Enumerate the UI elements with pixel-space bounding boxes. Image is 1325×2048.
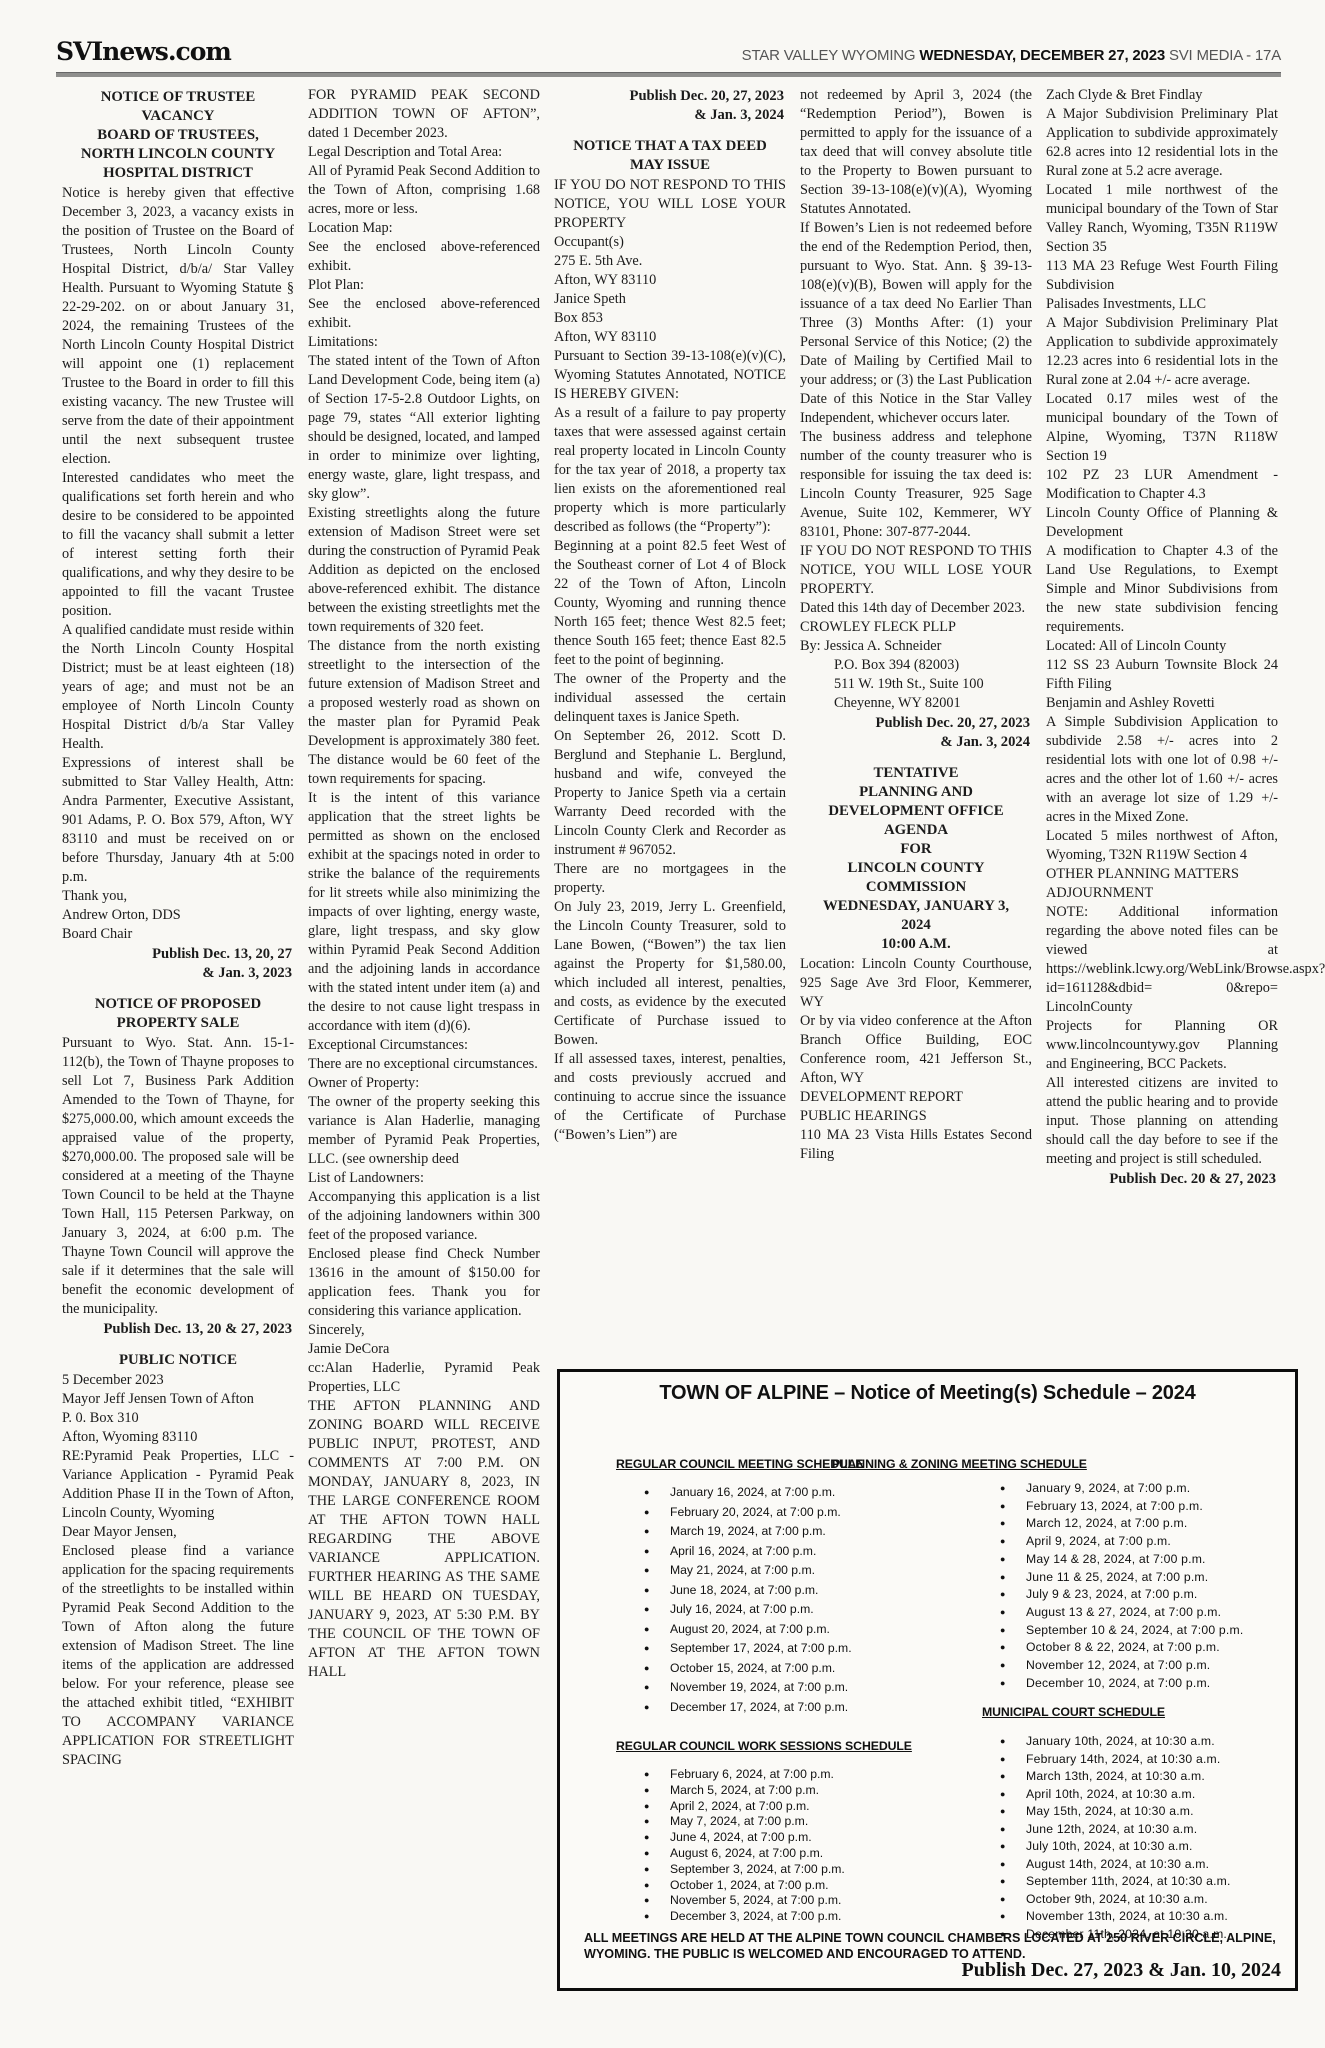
publish-line: Publish Dec. 20 & 27, 2023	[1046, 1170, 1276, 1189]
notice-line: List of Landowners:	[308, 1169, 540, 1188]
notice-paragraph: It is the intent of this variance applic…	[308, 789, 540, 1036]
alpine-box-right-column: PLANNING & ZONING MEETING SCHEDULE Janua…	[832, 1457, 1287, 1943]
notice-paragraph: FOR PYRAMID PEAK SECOND ADDITION TOWN OF…	[308, 86, 540, 143]
notice-paragraph: Located: All of Lincoln County	[1046, 637, 1278, 656]
column-1: NOTICE OF TRUSTEE VACANCY BOARD OF TRUST…	[62, 86, 294, 1770]
meeting-date-item: November 12, 2024, at 7:00 p.m.	[1000, 1657, 1287, 1675]
notice-line: Box 853	[554, 309, 786, 328]
notice-paragraph: Dated this 14th day of December 2023.	[800, 599, 1032, 618]
masthead-pubinfo: STAR VALLEY WYOMING WEDNESDAY, DECEMBER …	[742, 47, 1281, 64]
meeting-date-item: June 11 & 25, 2024, at 7:00 p.m.	[1000, 1569, 1287, 1587]
notice-line: Palisades Investments, LLC	[1046, 295, 1278, 314]
notice-line: Afton, WY 83110	[554, 271, 786, 290]
meeting-date-item: August 13 & 27, 2024, at 7:00 p.m.	[1000, 1604, 1287, 1622]
notice-line: Location Map:	[308, 219, 540, 238]
notice-paragraph: Notice is hereby given that effective De…	[62, 184, 294, 469]
alpine-meeting-notice-box: TOWN OF ALPINE – Notice of Meeting(s) Sc…	[557, 1369, 1298, 1991]
notice-line: Board Chair	[62, 925, 294, 944]
notice-paragraph: Enclosed please find Check Number 13616 …	[308, 1245, 540, 1321]
notice-paragraph: If Bowen’s Lien is not redeemed before t…	[800, 219, 1032, 428]
notice-line: DEVELOPMENT REPORT	[800, 1088, 1032, 1107]
alpine-box-note: ALL MEETINGS ARE HELD AT THE ALPINE TOWN…	[584, 1931, 1279, 1962]
masthead-rule	[56, 72, 1281, 77]
notice-line: Limitations:	[308, 333, 540, 352]
planning-zoning-dates-list: January 9, 2024, at 7:00 p.m.February 13…	[1000, 1480, 1287, 1692]
notice-paragraph: Expressions of interest shall be submitt…	[62, 754, 294, 887]
notice-paragraph: 113 MA 23 Refuge West Fourth Filing Subd…	[1046, 257, 1278, 295]
notice-paragraph: There are no exceptional circumstances.	[308, 1055, 540, 1074]
notice-line: 5 December 2023	[62, 1371, 294, 1390]
notice-line: Zach Clyde & Bret Findlay	[1046, 86, 1278, 105]
notice-paragraph: 112 SS 23 Auburn Townsite Block 24 Fifth…	[1046, 656, 1278, 694]
notice-paragraph: The business address and telephone numbe…	[800, 428, 1032, 542]
notice-line: Andrew Orton, DDS	[62, 906, 294, 925]
masthead-location: STAR VALLEY WYOMING	[742, 47, 920, 64]
meeting-date-item: December 10, 2024, at 7:00 p.m.	[1000, 1675, 1287, 1693]
notice-line-indented: Cheyenne, WY 82001	[834, 694, 1032, 713]
notice-paragraph: The stated intent of the Town of Afton L…	[308, 352, 540, 504]
meeting-date-item: March 12, 2024, at 7:00 p.m.	[1000, 1515, 1287, 1533]
meeting-date-item: April 10th, 2024, at 10:30 a.m.	[1000, 1786, 1287, 1804]
notice-heading: PUBLIC NOTICE	[62, 1351, 294, 1370]
notice-paragraph: Lincoln County Office of Planning & Deve…	[1046, 504, 1278, 542]
notice-paragraph: 102 PZ 23 LUR Amendment - Modification t…	[1046, 466, 1278, 504]
notice-paragraph: There are no mortgagees in the property.	[554, 860, 786, 898]
notice-line: Benjamin and Ashley Rovetti	[1046, 694, 1278, 713]
notice-line: Occupant(s)	[554, 233, 786, 252]
meeting-date-item: August 14th, 2024, at 10:30 a.m.	[1000, 1856, 1287, 1874]
notice-paragraph: not redeemed by April 3, 2024 (the “Rede…	[800, 86, 1032, 219]
notice-paragraph: Enclosed please find a variance applicat…	[62, 1542, 294, 1770]
notice-line: Exceptional Circumstances:	[308, 1036, 540, 1055]
publish-line: Publish Dec. 13, 20, 27 & Jan. 3, 2023	[62, 945, 292, 983]
notice-paragraph: A modification to Chapter 4.3 of the Lan…	[1046, 542, 1278, 637]
publish-line: Publish Dec. 20, 27, 2023 & Jan. 3, 2024	[800, 714, 1030, 752]
notice-paragraph: Projects for Planning OR www.lincolncoun…	[1046, 1017, 1278, 1074]
meeting-date-item: May 14 & 28, 2024, at 7:00 p.m.	[1000, 1551, 1287, 1569]
meeting-date-item: April 9, 2024, at 7:00 p.m.	[1000, 1533, 1287, 1551]
notice-paragraph: Existing streetlights along the future e…	[308, 504, 540, 637]
meeting-date-item: February 14th, 2024, at 10:30 a.m.	[1000, 1751, 1287, 1769]
notice-paragraph: IF YOU DO NOT RESPOND TO THIS NOTICE, YO…	[554, 176, 786, 233]
masthead-logo: SVInews.com	[56, 37, 231, 66]
meeting-date-item: September 11th, 2024, at 10:30 a.m.	[1000, 1873, 1287, 1891]
notice-paragraph: Or by via video conference at the Afton …	[800, 1012, 1032, 1088]
meeting-date-item: November 13th, 2024, at 10:30 a.m.	[1000, 1908, 1287, 1926]
notice-heading: NOTICE OF TRUSTEE VACANCY BOARD OF TRUST…	[62, 88, 294, 183]
notice-paragraph: NOTE: Additional information regarding t…	[1046, 903, 1278, 1017]
notice-paragraph: Beginning at a point 82.5 feet West of t…	[554, 537, 786, 670]
notice-paragraph: Located 1 mile northwest of the municipa…	[1046, 181, 1278, 257]
meeting-date-item: February 13, 2024, at 7:00 p.m.	[1000, 1498, 1287, 1516]
meeting-date-item: January 9, 2024, at 7:00 p.m.	[1000, 1480, 1287, 1498]
notice-paragraph: On September 26, 2012. Scott D. Berglund…	[554, 727, 786, 860]
notice-paragraph: IF YOU DO NOT RESPOND TO THIS NOTICE, YO…	[800, 542, 1032, 599]
publish-line: Publish Dec. 13, 20 & 27, 2023	[62, 1320, 292, 1339]
notice-paragraph: Located 5 miles northwest of Afton, Wyom…	[1046, 827, 1278, 865]
notice-line: Dear Mayor Jensen,	[62, 1523, 294, 1542]
notice-paragraph: A Major Subdivision Preliminary Plat App…	[1046, 314, 1278, 390]
notice-line: Mayor Jeff Jensen Town of Afton	[62, 1390, 294, 1409]
notice-heading: TENTATIVE PLANNING AND DEVELOPMENT OFFIC…	[800, 764, 1032, 954]
notice-paragraph: The owner of the Property and the indivi…	[554, 670, 786, 727]
notice-paragraph: A qualified candidate must reside within…	[62, 621, 294, 754]
meeting-date-item: June 12th, 2024, at 10:30 a.m.	[1000, 1821, 1287, 1839]
notice-line: 275 E. 5th Ave.	[554, 252, 786, 271]
notice-paragraph: As a result of a failure to pay property…	[554, 404, 786, 537]
notice-paragraph: Pursuant to Wyo. Stat. Ann. 15-1-112(b),…	[62, 1034, 294, 1319]
meeting-date-item: October 9th, 2024, at 10:30 a.m.	[1000, 1891, 1287, 1909]
meeting-date-item: March 13th, 2024, at 10:30 a.m.	[1000, 1768, 1287, 1786]
column-2: FOR PYRAMID PEAK SECOND ADDITION TOWN OF…	[308, 86, 540, 1682]
notice-line: Sincerely,	[308, 1321, 540, 1340]
notice-line-indented: 511 W. 19th St., Suite 100	[834, 675, 1032, 694]
column-3: Publish Dec. 20, 27, 2023 & Jan. 3, 2024…	[554, 86, 786, 1145]
notice-paragraph: Accompanying this application is a list …	[308, 1188, 540, 1245]
notice-line: Jamie DeCora	[308, 1340, 540, 1359]
notice-paragraph: Located 0.17 miles west of the municipal…	[1046, 390, 1278, 466]
alpine-box-publish-line: Publish Dec. 27, 2023 & Jan. 10, 2024	[962, 1959, 1281, 1982]
municipal-court-dates-list: January 10th, 2024, at 10:30 a.m.Februar…	[1000, 1733, 1287, 1943]
notice-line: CROWLEY FLECK PLLP	[800, 618, 1032, 637]
masthead-date: WEDNESDAY, DECEMBER 27, 2023	[919, 47, 1165, 64]
notice-heading: NOTICE THAT A TAX DEED MAY ISSUE	[554, 137, 786, 175]
planning-zoning-schedule-header: PLANNING & ZONING MEETING SCHEDULE	[832, 1457, 1287, 1471]
notice-line: Afton, WY 83110	[554, 328, 786, 347]
notice-paragraph: A Simple Subdivision Application to subd…	[1046, 713, 1278, 827]
meeting-date-item: July 9 & 23, 2024, at 7:00 p.m.	[1000, 1586, 1287, 1604]
notice-paragraph: A Major Subdivision Preliminary Plat App…	[1046, 105, 1278, 181]
masthead: SVInews.com STAR VALLEY WYOMING WEDNESDA…	[56, 38, 1281, 68]
notice-heading: NOTICE OF PROPOSED PROPERTY SALE	[62, 995, 294, 1033]
notice-paragraph: RE:Pyramid Peak Properties, LLC - Varian…	[62, 1447, 294, 1523]
masthead-page-number: SVI MEDIA - 17A	[1165, 47, 1281, 64]
notice-line: PUBLIC HEARINGS	[800, 1107, 1032, 1126]
column-4: not redeemed by April 3, 2024 (the “Rede…	[800, 86, 1032, 1164]
notice-line: Owner of Property:	[308, 1074, 540, 1093]
notice-paragraph: See the enclosed above-referenced exhibi…	[308, 238, 540, 276]
notice-paragraph: All interested citizens are invited to a…	[1046, 1074, 1278, 1169]
notice-line: Janice Speth	[554, 290, 786, 309]
notice-line: Legal Description and Total Area:	[308, 143, 540, 162]
meeting-date-item: July 10th, 2024, at 10:30 a.m.	[1000, 1838, 1287, 1856]
notice-paragraph: cc:Alan Haderlie, Pyramid Peak Propertie…	[308, 1359, 540, 1397]
meeting-date-item: October 8 & 22, 2024, at 7:00 p.m.	[1000, 1639, 1287, 1657]
municipal-court-schedule-header: MUNICIPAL COURT SCHEDULE	[982, 1705, 1287, 1719]
notice-line-indented: P.O. Box 394 (82003)	[834, 656, 1032, 675]
notice-paragraph: Interested candidates who meet the quali…	[62, 469, 294, 621]
notice-paragraph: The owner of the property seeking this v…	[308, 1093, 540, 1169]
meeting-date-item: September 10 & 24, 2024, at 7:00 p.m.	[1000, 1622, 1287, 1640]
notice-line: ADJOURNMENT	[1046, 884, 1278, 903]
notice-line: Plot Plan:	[308, 276, 540, 295]
alpine-box-title: TOWN OF ALPINE – Notice of Meeting(s) Sc…	[560, 1382, 1295, 1405]
meeting-date-item: May 15th, 2024, at 10:30 a.m.	[1000, 1803, 1287, 1821]
column-5: Zach Clyde & Bret FindlayA Major Subdivi…	[1046, 86, 1278, 1199]
notice-line: By: Jessica A. Schneider	[800, 637, 1032, 656]
notice-paragraph: See the enclosed above-referenced exhibi…	[308, 295, 540, 333]
notice-line: Thank you,	[62, 887, 294, 906]
meeting-date-item: January 10th, 2024, at 10:30 a.m.	[1000, 1733, 1287, 1751]
notice-paragraph: If all assessed taxes, interest, penalti…	[554, 1050, 786, 1145]
publish-line: Publish Dec. 20, 27, 2023 & Jan. 3, 2024	[554, 87, 784, 125]
notice-paragraph: All of Pyramid Peak Second Addition to t…	[308, 162, 540, 219]
notice-line: OTHER PLANNING MATTERS	[1046, 865, 1278, 884]
notice-paragraph: THE AFTON PLANNING AND ZONING BOARD WILL…	[308, 1397, 540, 1682]
notice-line: Afton, Wyoming 83110	[62, 1428, 294, 1447]
notice-paragraph: On July 23, 2019, Jerry L. Greenfield, t…	[554, 898, 786, 1050]
notice-paragraph: 110 MA 23 Vista Hills Estates Second Fil…	[800, 1126, 1032, 1164]
notice-paragraph: Location: Lincoln County Courthouse, 925…	[800, 955, 1032, 1012]
notice-paragraph: The distance from the north existing str…	[308, 637, 540, 789]
newspaper-page: SVInews.com STAR VALLEY WYOMING WEDNESDA…	[0, 0, 1325, 2048]
notice-paragraph: Pursuant to Section 39-13-108(e)(v)(C), …	[554, 347, 786, 404]
notice-line: P. 0. Box 310	[62, 1409, 294, 1428]
